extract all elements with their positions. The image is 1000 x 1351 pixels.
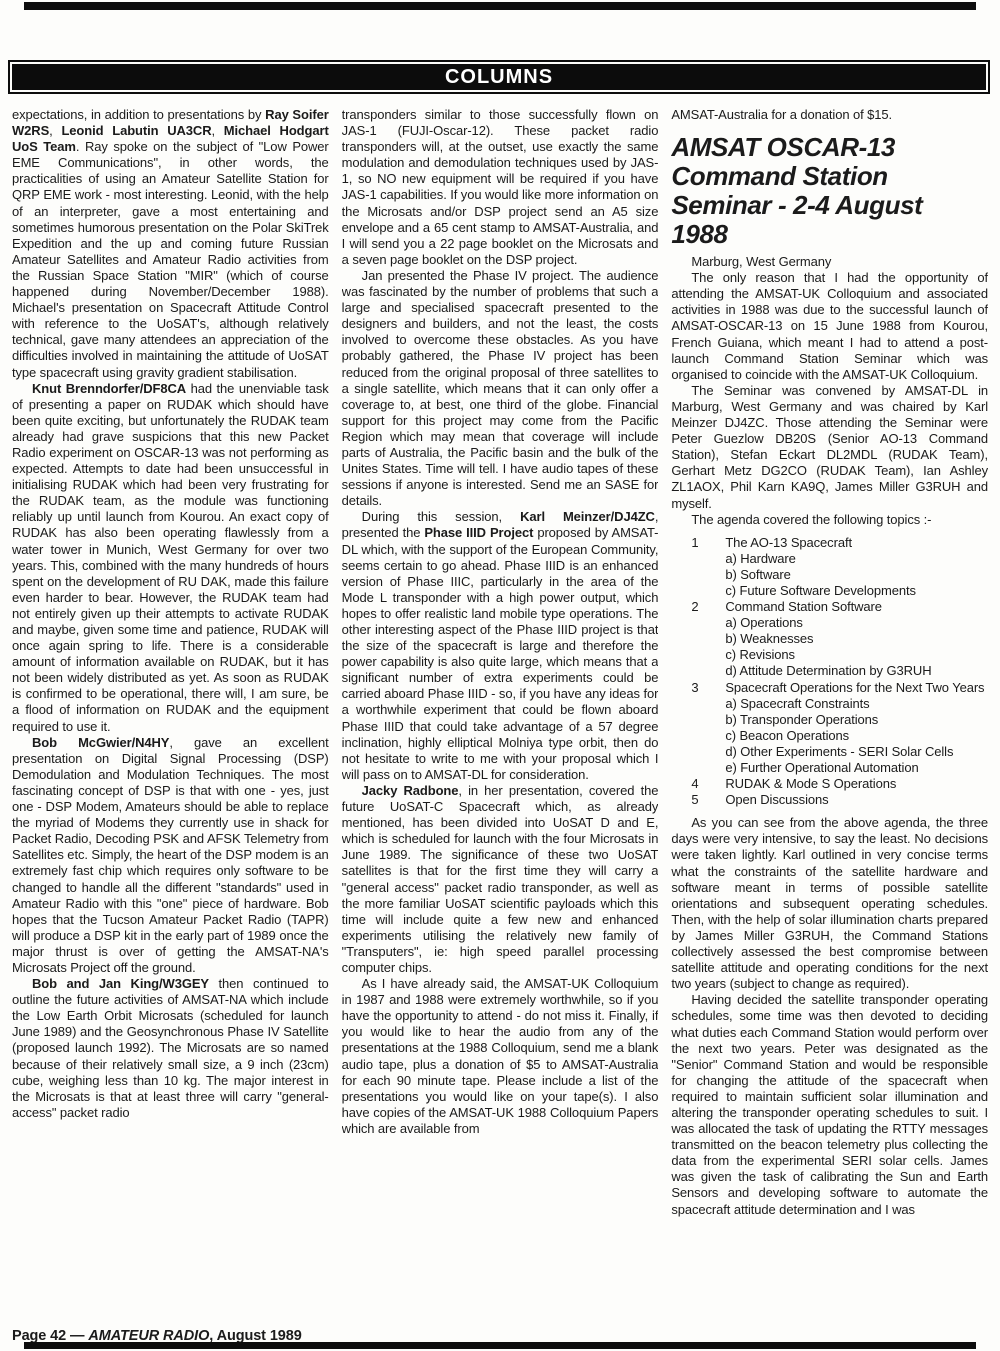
paragraph: As you can see from the above agenda, th…	[671, 815, 988, 992]
text-run: . Ray spoke on the subject of "Low Power…	[12, 139, 329, 379]
agenda-item-title: Spacecraft Operations for the Next Two Y…	[725, 680, 988, 696]
agenda-subitem: e) Further Operational Automation	[725, 760, 988, 776]
text-run: , gave an excellent presentation on Digi…	[12, 735, 329, 975]
agenda-subitem: b) Transponder Operations	[725, 712, 988, 728]
paragraph: Jacky Radbone, in her presentation, cove…	[342, 783, 659, 976]
bold-name: Bob and Jan King/W3GEY	[32, 976, 209, 991]
agenda-item-title: RUDAK & Mode S Operations	[725, 776, 988, 792]
bold-name: Phase IIID Project	[424, 525, 533, 540]
agenda-item: 5Open Discussions	[671, 792, 988, 808]
text-run: had the unenviable task of presenting a …	[12, 381, 329, 734]
paragraph: As I have already said, the AMSAT-UK Col…	[342, 976, 659, 1137]
agenda-subitem: d) Attitude Determination by G3RUH	[725, 663, 988, 679]
paragraph: Bob McGwier/N4HY, gave an excellent pres…	[12, 735, 329, 976]
paragraph: Marburg, West Germany	[671, 254, 988, 270]
article-heading: AMSAT OSCAR-13 Command Station Seminar -…	[671, 133, 988, 249]
agenda-item-number: 1	[691, 535, 698, 551]
bold-name: Leonid Labutin UA3CR	[61, 123, 211, 138]
text-run: transponders similar to those successful…	[342, 107, 659, 267]
text-run: During this session,	[362, 509, 520, 524]
text-column-3: AMSAT-Australia for a donation of $15.AM…	[671, 107, 988, 1321]
paragraph: Having decided the satellite transponder…	[671, 992, 988, 1217]
bold-name: Karl Meinzer/DJ4ZC	[520, 509, 655, 524]
agenda-subitem: c) Revisions	[725, 647, 988, 663]
paragraph: The agenda covered the following topics …	[671, 512, 988, 528]
columns-banner-bar: COLUMNS	[12, 64, 986, 90]
agenda-item: 2Command Station Softwarea) Operationsb)…	[671, 599, 988, 679]
agenda-item: 3Spacecraft Operations for the Next Two …	[671, 680, 988, 777]
bottom-page-rule	[24, 1342, 976, 1349]
paragraph: Jan presented the Phase IV project. The …	[342, 268, 659, 509]
agenda-list: 1The AO-13 Spacecrafta) Hardwareb) Softw…	[671, 535, 988, 809]
columns-section-banner: COLUMNS	[8, 60, 990, 94]
paragraph: Bob and Jan King/W3GEY then continued to…	[12, 976, 329, 1121]
paragraph: The Seminar was convened by AMSAT-DL in …	[671, 383, 988, 512]
text-run: then continued to outline the future act…	[12, 976, 329, 1120]
agenda-item-number: 5	[691, 792, 698, 808]
agenda-item-text: Spacecraft Operations for the Next Two Y…	[725, 680, 988, 777]
agenda-subitem: b) Software	[725, 567, 988, 583]
text-run: The Seminar was convened by AMSAT-DL in …	[671, 383, 988, 511]
text-run: The only reason that I had the opportuni…	[671, 270, 988, 382]
text-run: As I have already said, the AMSAT-UK Col…	[342, 976, 659, 1136]
top-page-rule	[24, 2, 976, 10]
text-run: ,	[49, 123, 61, 138]
agenda-item-title: The AO-13 Spacecraft	[725, 535, 988, 551]
agenda-item-number: 2	[691, 599, 698, 615]
agenda-item: 1The AO-13 Spacecrafta) Hardwareb) Softw…	[671, 535, 988, 599]
bold-name: Knut Brenndorfer/DF8CA	[32, 381, 186, 396]
text-column-1: expectations, in addition to presentatio…	[12, 107, 329, 1321]
text-run: proposed by AMSAT-DL which, with the sup…	[342, 525, 659, 781]
agenda-item-number: 3	[691, 680, 698, 696]
section-title: COLUMNS	[445, 66, 553, 89]
agenda-item-text: Command Station Softwarea) Operationsb) …	[725, 599, 988, 679]
bold-name: Jacky Radbone	[362, 783, 459, 798]
agenda-item-text: RUDAK & Mode S Operations	[725, 776, 988, 792]
agenda-item-title: Command Station Software	[725, 599, 988, 615]
text-run: expectations, in addition to presentatio…	[12, 107, 265, 122]
paragraph: Knut Brenndorfer/DF8CA had the unenviabl…	[12, 381, 329, 735]
paragraph: AMSAT-Australia for a donation of $15.	[671, 107, 988, 123]
agenda-item: 4RUDAK & Mode S Operations	[671, 776, 988, 792]
agenda-item-number: 4	[691, 776, 698, 792]
text-run: Having decided the satellite transponder…	[671, 992, 988, 1216]
agenda-item-text: Open Discussions	[725, 792, 988, 808]
text-run: As you can see from the above agenda, th…	[671, 815, 988, 991]
bold-name: Bob McGwier/N4HY	[32, 735, 169, 750]
article-body: expectations, in addition to presentatio…	[12, 107, 988, 1321]
agenda-item-title: Open Discussions	[725, 792, 988, 808]
text-run: The agenda covered the following topics …	[691, 512, 931, 527]
paragraph: During this session, Karl Meinzer/DJ4ZC,…	[342, 509, 659, 783]
agenda-subitem: a) Operations	[725, 615, 988, 631]
paragraph: expectations, in addition to presentatio…	[12, 107, 329, 381]
agenda-subitem: d) Other Experiments - SERI Solar Cells	[725, 744, 988, 760]
agenda-item-text: The AO-13 Spacecrafta) Hardwareb) Softwa…	[725, 535, 988, 599]
agenda-subitem: b) Weaknesses	[725, 631, 988, 647]
text-run: AMSAT-Australia for a donation of $15.	[671, 107, 892, 122]
agenda-subitem: a) Hardware	[725, 551, 988, 567]
text-run: , in her presentation, covered the futur…	[342, 783, 659, 975]
agenda-subitem: a) Spacecraft Constraints	[725, 696, 988, 712]
text-column-2: transponders similar to those successful…	[342, 107, 659, 1321]
paragraph: transponders similar to those successful…	[342, 107, 659, 268]
agenda-subitem: c) Beacon Operations	[725, 728, 988, 744]
agenda-subitem: c) Future Software Developments	[725, 583, 988, 599]
text-run: Marburg, West Germany	[691, 254, 831, 269]
text-run: ,	[212, 123, 224, 138]
paragraph: The only reason that I had the opportuni…	[671, 270, 988, 383]
text-run: Jan presented the Phase IV project. The …	[342, 268, 659, 508]
